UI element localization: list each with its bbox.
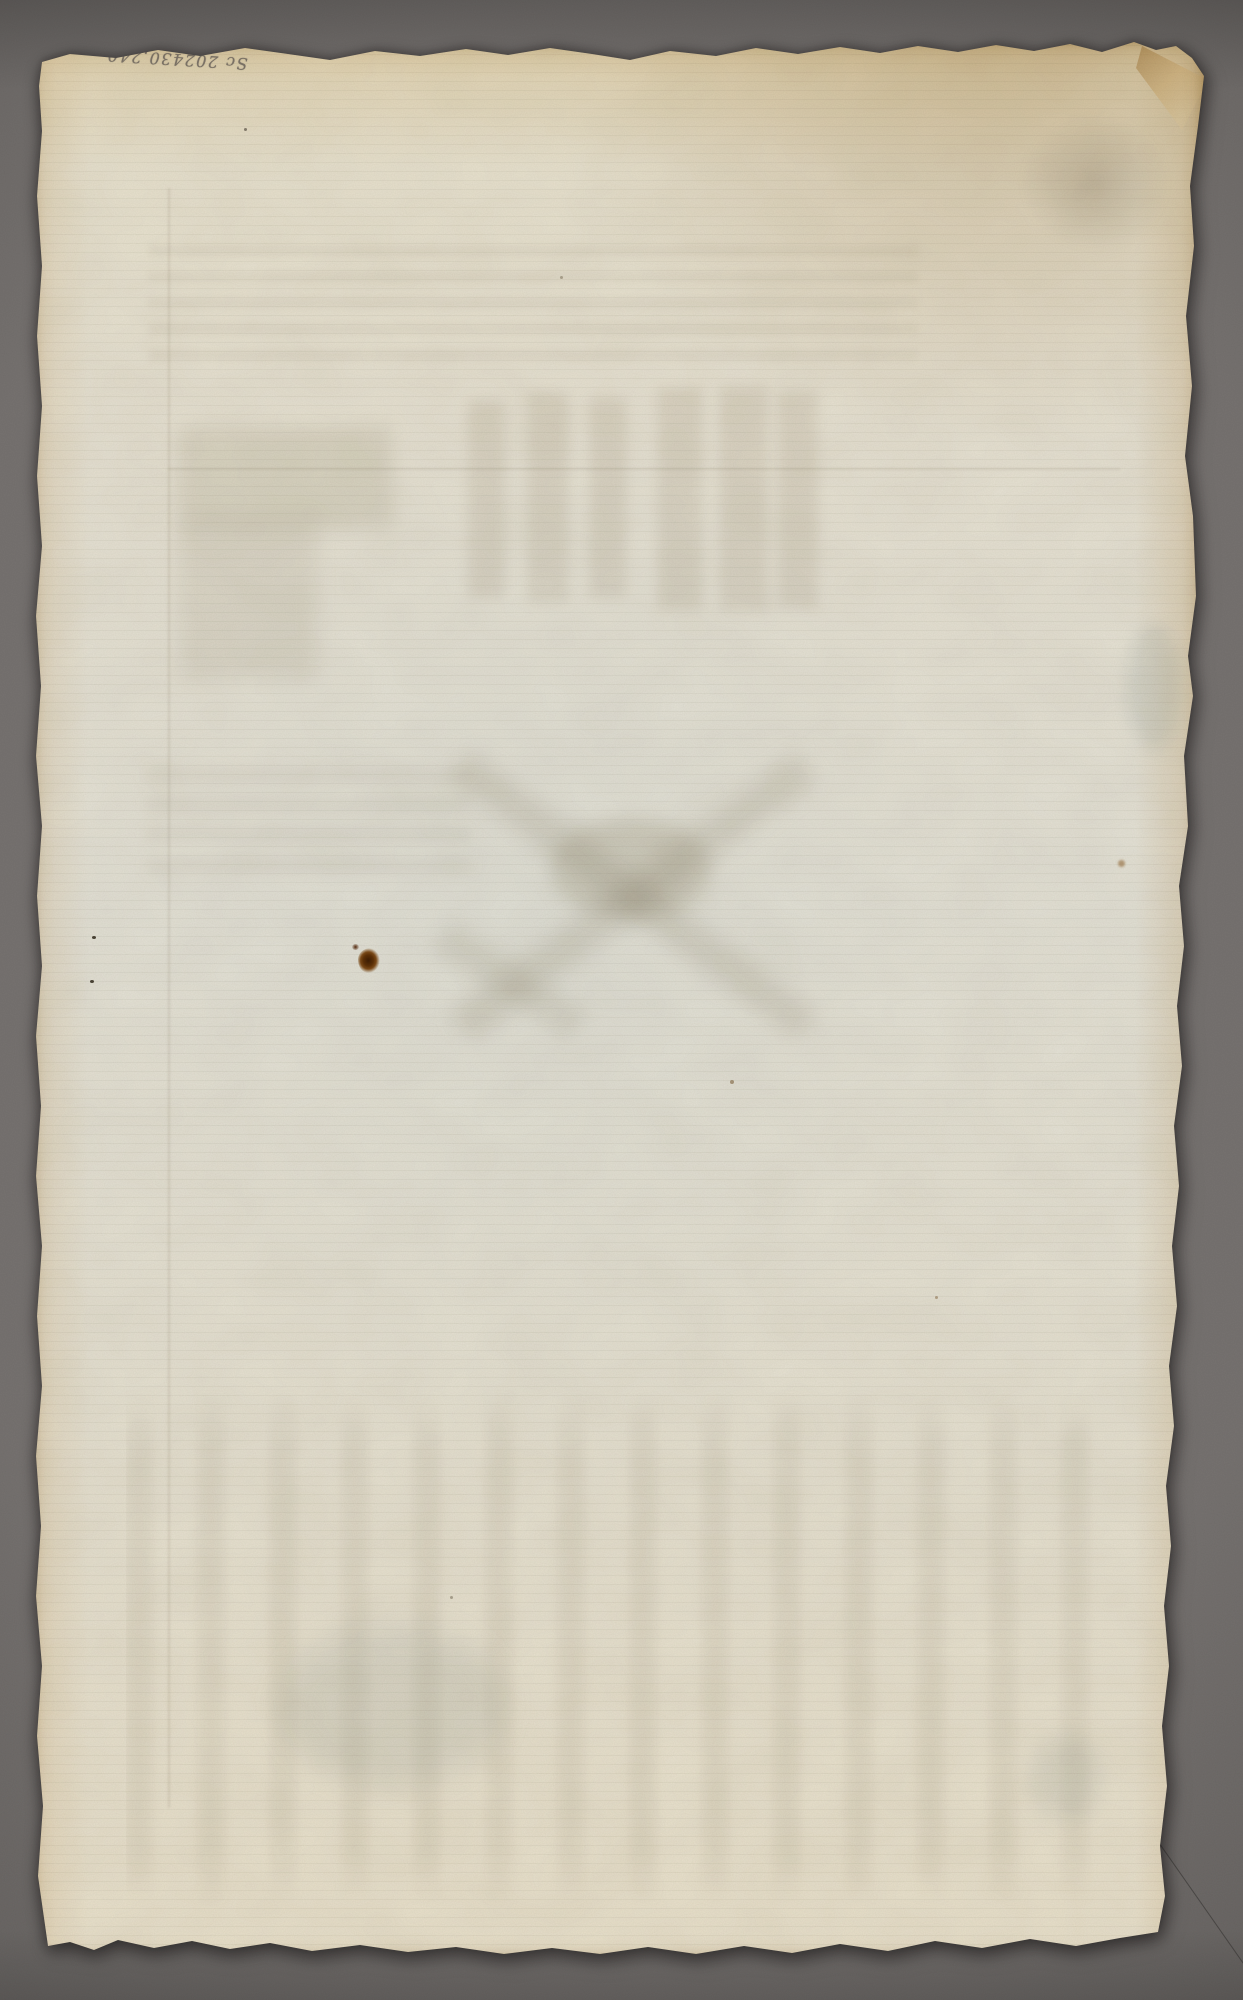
paper-sheet: Sc 202430.240	[30, 36, 1206, 1960]
scanned-sheet-on-gray-mat: Sc 202430.240	[0, 0, 1243, 2000]
paper-shadow-wrap: Sc 202430.240	[0, 0, 1243, 2000]
toned-edges	[30, 36, 1206, 1960]
